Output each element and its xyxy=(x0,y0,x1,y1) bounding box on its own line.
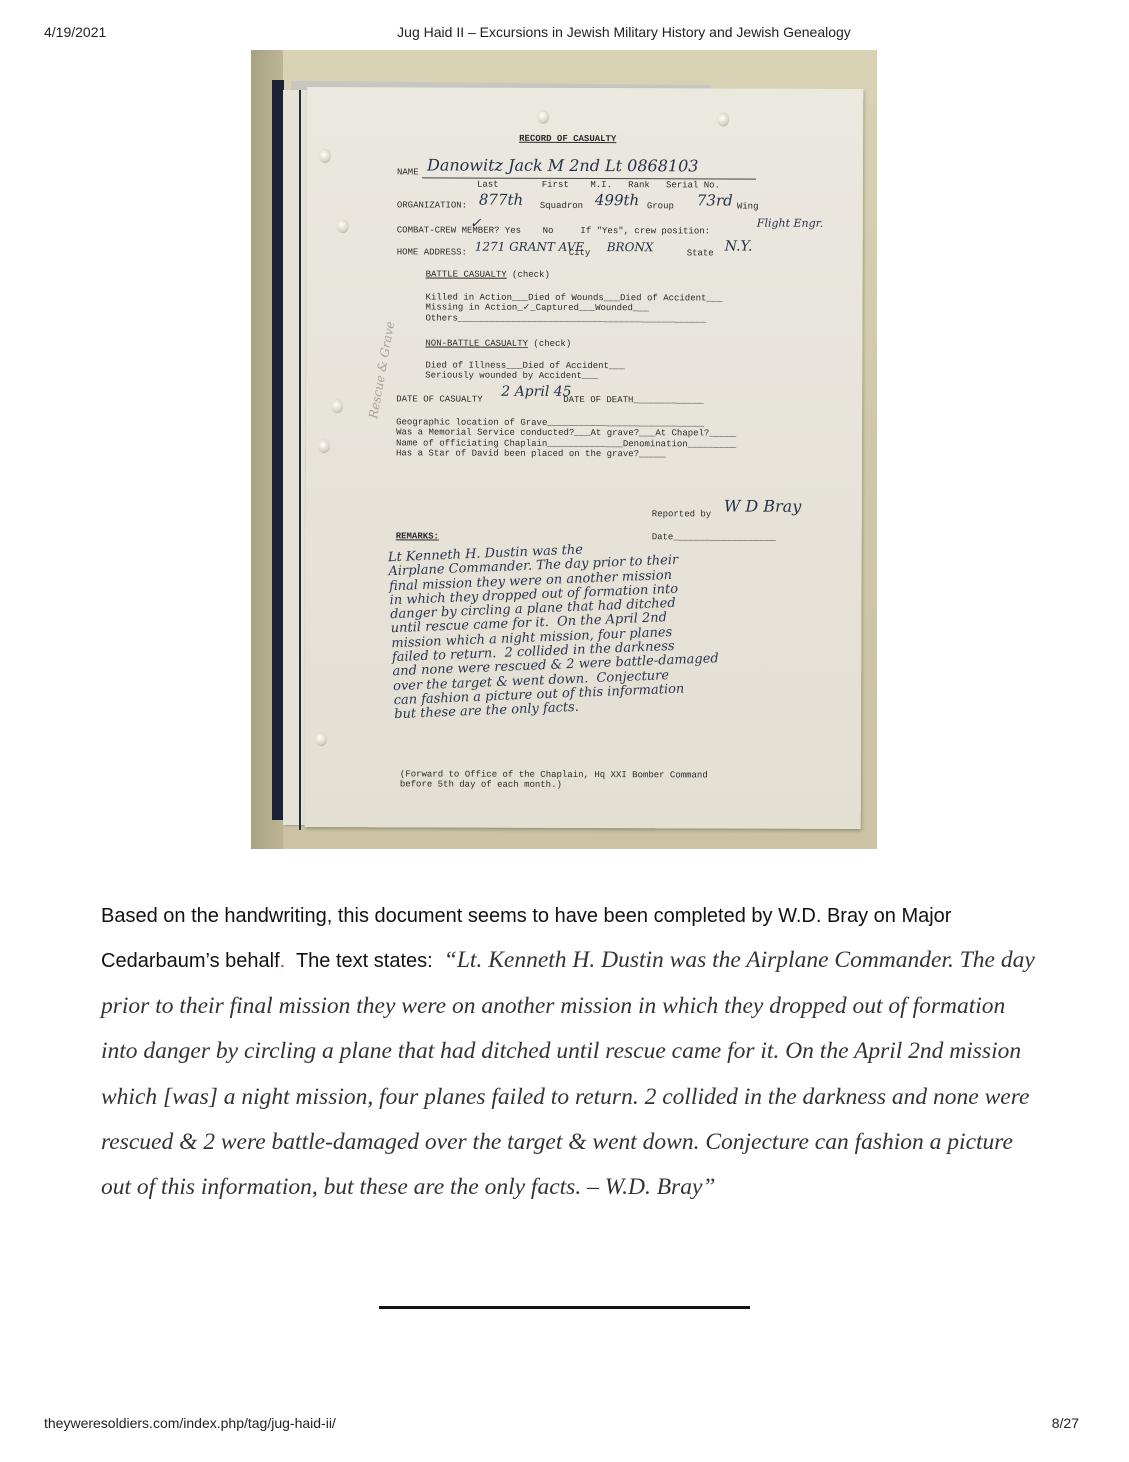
punch-hole xyxy=(319,149,331,163)
home-address-label: HOME ADDRESS: xyxy=(397,247,467,258)
punch-hole xyxy=(337,219,349,233)
binder-edge xyxy=(299,90,301,830)
print-page-number: 8/27 xyxy=(1052,1415,1079,1431)
group-label: Group xyxy=(647,201,674,211)
punch-hole xyxy=(315,732,327,746)
city-label: City xyxy=(569,248,591,258)
non-battle-options: Died of Illness___Died of Accident___ Se… xyxy=(425,360,625,381)
reported-by-signature: W D Bray xyxy=(724,496,802,515)
state-label: State xyxy=(687,248,714,258)
form-title: RECORD OF CASUALTY xyxy=(519,134,616,145)
battle-check-note: (check) xyxy=(512,270,550,280)
squadron-value: 877th xyxy=(479,191,523,209)
date-of-death-label: DATE OF DEATH_____________ xyxy=(563,395,703,406)
name-sublabels: Last First M.I. Rank Serial No. xyxy=(477,180,720,191)
wing-label: Wing xyxy=(737,202,759,212)
group-value: 499th xyxy=(595,191,639,209)
state-value: N.Y. xyxy=(725,238,753,254)
print-page-title: Jug Haid II – Excursions in Jewish Milit… xyxy=(0,24,1129,40)
record-sheet: RECORD OF CASUALTY NAME Danowitz Jack M … xyxy=(305,87,864,829)
casualty-record-photo: RECORD OF CASUALTY NAME Danowitz Jack M … xyxy=(251,50,877,849)
quoted-transcription: “Lt. Kenneth H. Dustin was the Airplane … xyxy=(101,947,1035,1200)
crew-position-value: Flight Engr. xyxy=(757,217,823,230)
date-of-casualty-label: DATE OF CASUALTY xyxy=(396,394,482,405)
reported-by-label: Reported by xyxy=(652,509,711,520)
organization-label: ORGANIZATION: xyxy=(397,200,467,211)
name-value: Danowitz Jack M 2nd Lt 0868103 xyxy=(427,155,699,175)
print-url: theyweresoldiers.com/index.php/tag/jug-h… xyxy=(44,1415,336,1431)
punch-hole xyxy=(318,439,330,453)
squadron-label: Squadron xyxy=(540,201,583,211)
combat-crew-yes-mark: ✓ xyxy=(470,216,482,232)
punch-hole xyxy=(717,112,729,126)
body-paragraph: Based on the handwriting, this document … xyxy=(101,894,1041,1211)
forward-note: (Forward to Office of the Chaplain, Hq X… xyxy=(400,769,708,791)
wing-value: 73rd xyxy=(697,191,733,209)
non-battle-heading: NON-BATTLE CASUALTY xyxy=(425,338,528,348)
remarks-handwritten: Lt Kenneth H. Dustin was the Airplane Co… xyxy=(388,538,721,723)
combat-crew-line: COMBAT-CREW MEMBER? Yes No If "Yes", cre… xyxy=(397,225,710,236)
punch-hole xyxy=(537,110,549,124)
date-of-casualty-value: 2 April 45 xyxy=(501,384,571,400)
intro-text-2: The text states: xyxy=(285,950,444,972)
grave-questions: Geographic location of Grave____________… xyxy=(396,417,736,460)
section-divider xyxy=(379,1306,750,1309)
battle-casualty-options: Killed in Action___Died of Wounds___Died… xyxy=(425,292,722,324)
non-battle-check-note: (check) xyxy=(533,339,571,349)
name-label: NAME xyxy=(397,167,419,177)
city-value: BRONX xyxy=(607,240,654,254)
battle-casualty-heading: BATTLE CASUALTY xyxy=(426,269,507,279)
remarks-label: REMARKS: xyxy=(396,531,439,541)
punch-hole xyxy=(331,399,343,413)
margin-pencil-note: Rescue & Grave xyxy=(366,320,397,419)
